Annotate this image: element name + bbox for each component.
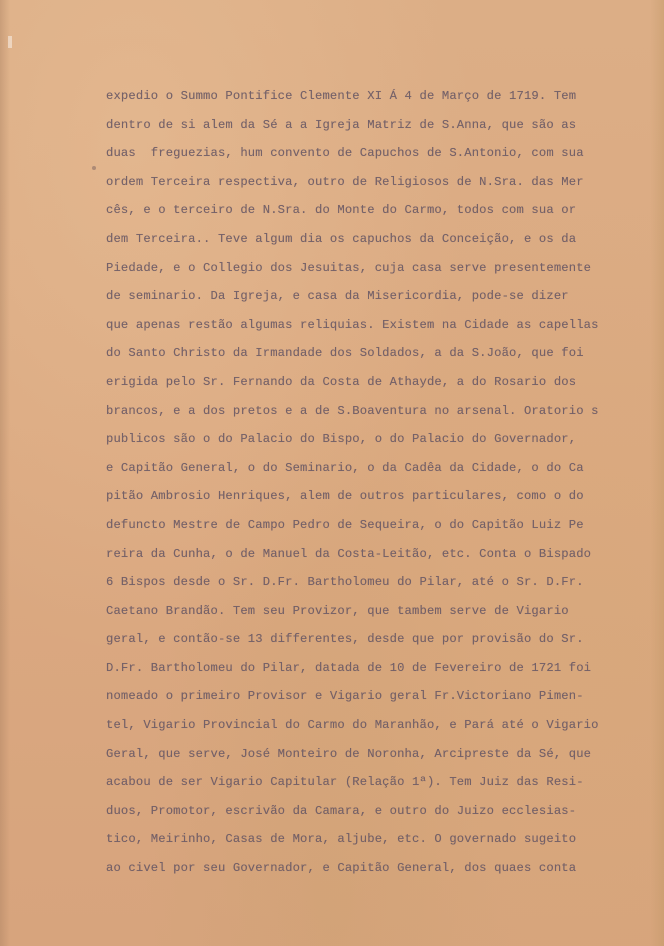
text-line: de seminario. Da Igreja, e casa da Miser…	[106, 282, 654, 311]
text-line: dem Terceira.. Teve algum dia os capucho…	[106, 225, 654, 254]
text-line: tico, Meirinho, Casas de Mora, aljube, e…	[106, 825, 654, 854]
text-line: cês, e o terceiro de N.Sra. do Monte do …	[106, 196, 654, 225]
text-line: do Santo Christo da Irmandade dos Soldad…	[106, 339, 654, 368]
typewritten-text-block: expedio o Summo Pontifice Clemente XI Á …	[106, 82, 654, 883]
text-line: ao civel por seu Governador, e Capitão G…	[106, 854, 654, 883]
text-line: Piedade, e o Collegio dos Jesuitas, cuja…	[106, 254, 654, 283]
text-line: duas freguezias, hum convento de Capucho…	[106, 139, 654, 168]
text-line: geral, e contão-se 13 differentes, desde…	[106, 625, 654, 654]
text-line: e Capitão General, o do Seminario, o da …	[106, 454, 654, 483]
text-line: Caetano Brandão. Tem seu Provizor, que t…	[106, 597, 654, 626]
text-line: 6 Bispos desde o Sr. D.Fr. Bartholomeu d…	[106, 568, 654, 597]
text-line: ordem Terceira respectiva, outro de Reli…	[106, 168, 654, 197]
text-line: defuncto Mestre de Campo Pedro de Sequei…	[106, 511, 654, 540]
margin-dot	[92, 166, 96, 170]
text-line: acabou de ser Vigario Capitular (Relação…	[106, 768, 654, 797]
text-line: erigida pelo Sr. Fernando da Costa de At…	[106, 368, 654, 397]
text-line: dentro de si alem da Sé a a Igreja Matri…	[106, 111, 654, 140]
text-line: que apenas restão algumas reliquias. Exi…	[106, 311, 654, 340]
text-line: brancos, e a dos pretos e a de S.Boavent…	[106, 397, 654, 426]
text-line: Geral, que serve, José Monteiro de Noron…	[106, 740, 654, 769]
text-line: expedio o Summo Pontifice Clemente XI Á …	[106, 82, 654, 111]
document-page: expedio o Summo Pontifice Clemente XI Á …	[0, 0, 664, 946]
text-line: nomeado o primeiro Provisor e Vigario ge…	[106, 682, 654, 711]
text-line: publicos são o do Palacio do Bispo, o do…	[106, 425, 654, 454]
text-line: D.Fr. Bartholomeu do Pilar, datada de 10…	[106, 654, 654, 683]
text-line: duos, Promotor, escrivão da Camara, e ou…	[106, 797, 654, 826]
text-line: pitão Ambrosio Henriques, alem de outros…	[106, 482, 654, 511]
text-line: tel, Vigario Provincial do Carmo do Mara…	[106, 711, 654, 740]
paper-edge-mark	[8, 36, 12, 48]
text-line: reira da Cunha, o de Manuel da Costa-Lei…	[106, 540, 654, 569]
